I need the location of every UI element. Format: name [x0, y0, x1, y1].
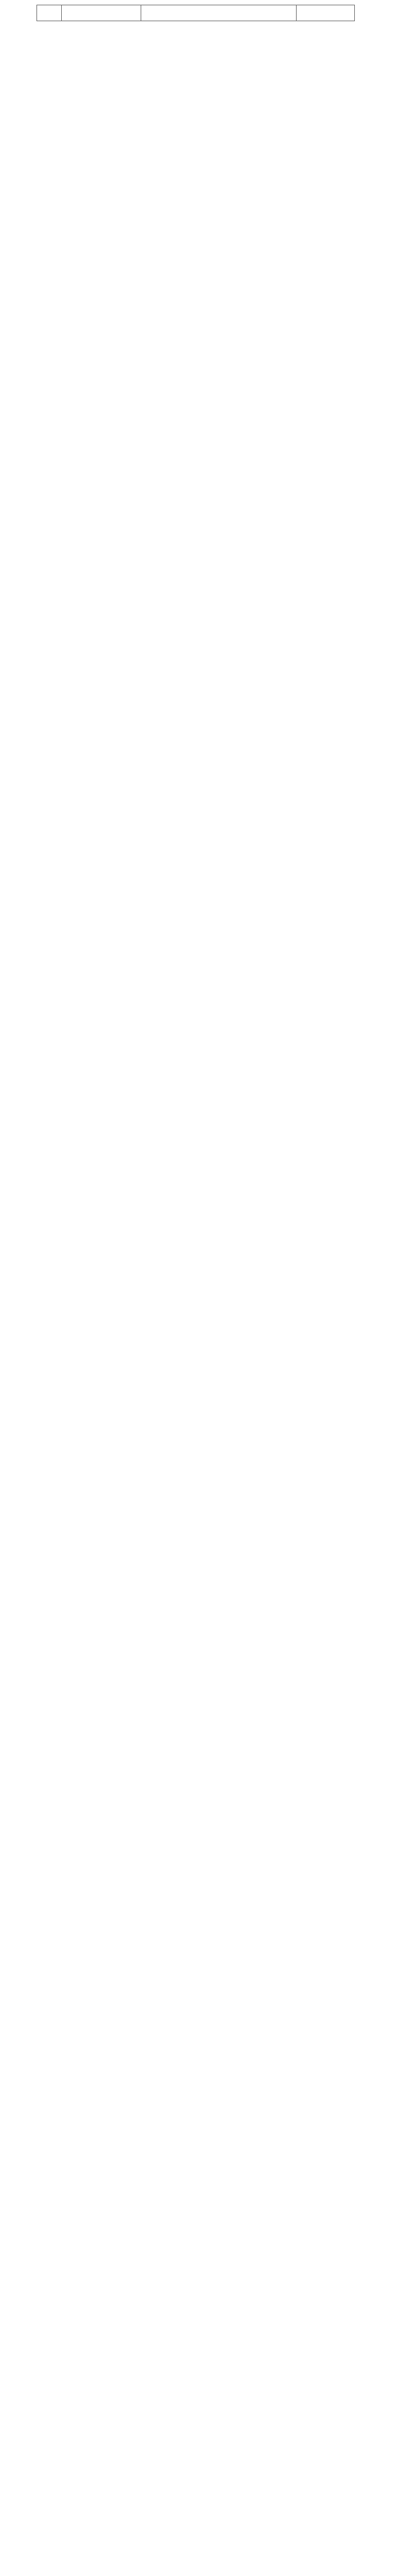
resource-table-fragment: [36, 5, 355, 21]
